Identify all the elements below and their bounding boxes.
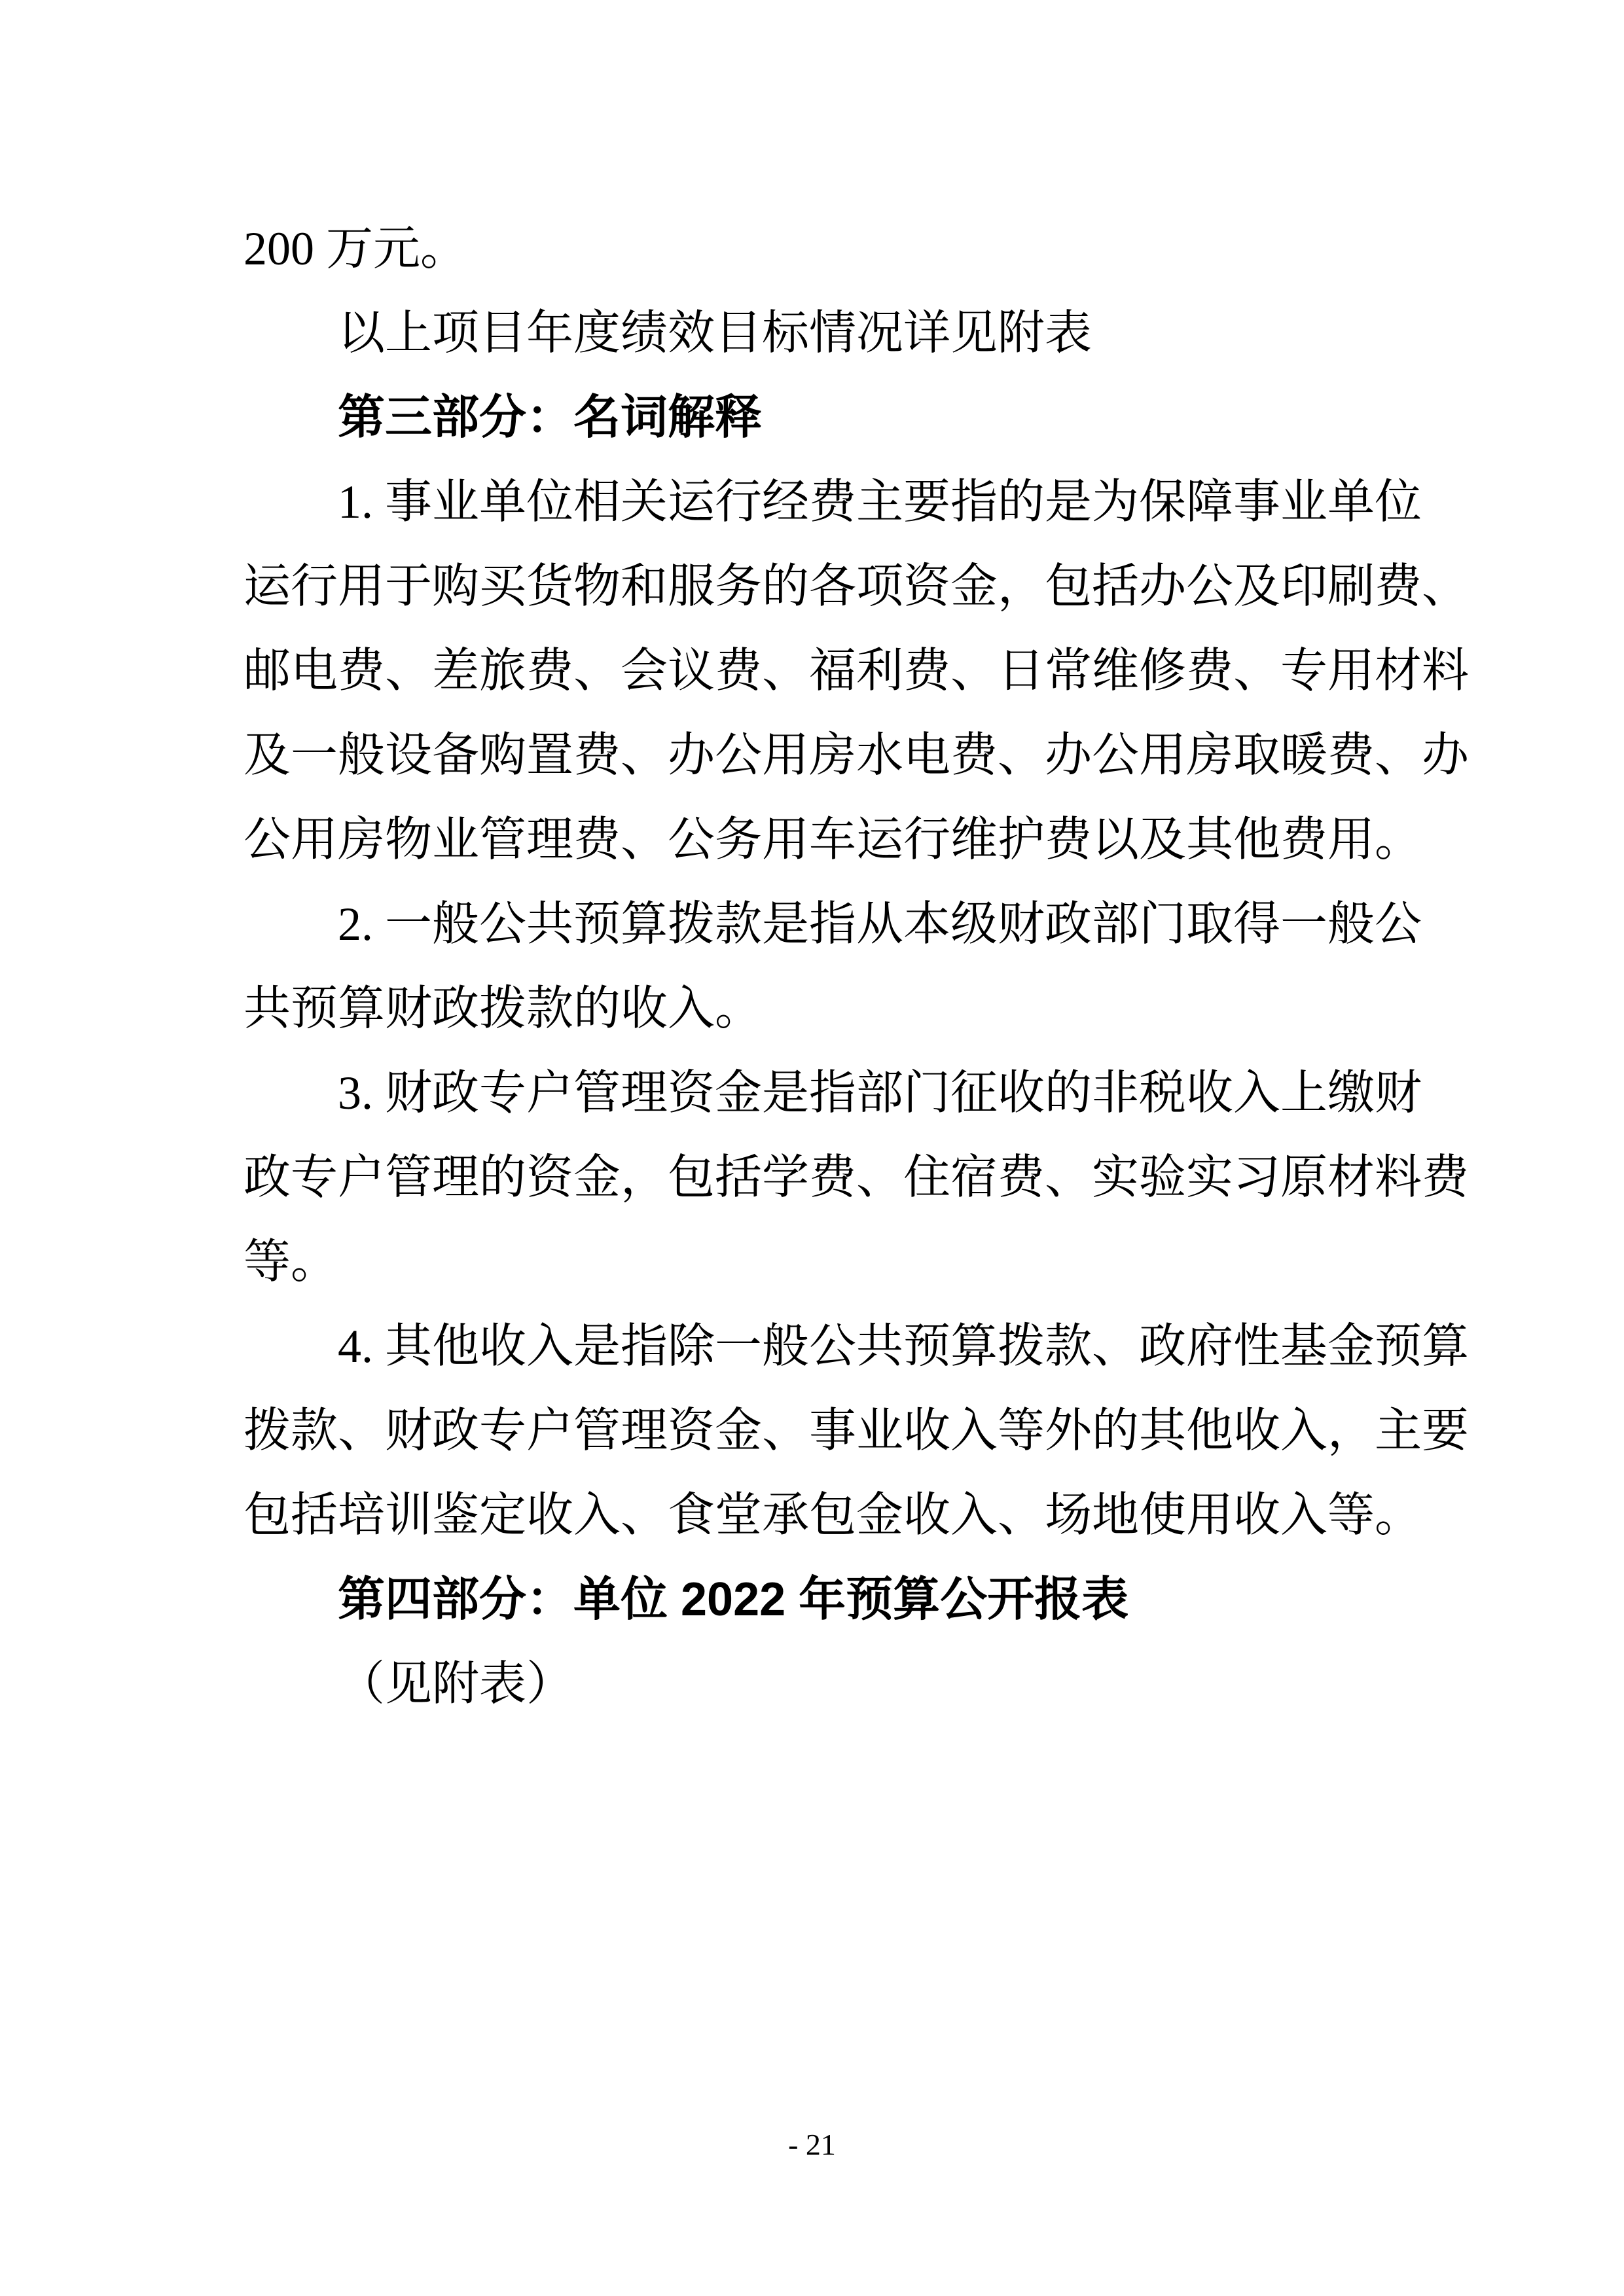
document-body: 200 万元。 以上项目年度绩效目标情况详见附表 第三部分：名词解释 1. 事业…	[244, 207, 1402, 1727]
doc-line: 运行用于购买货物和服务的各项资金，包括办公及印刷费、	[244, 545, 1402, 629]
doc-line: 1. 事业单位相关运行经费主要指的是为保障事业单位	[244, 460, 1402, 545]
section-heading-part3: 第三部分：名词解释	[244, 376, 1402, 460]
section-heading-part4: 第四部分：单位 2022 年预算公开报表	[244, 1558, 1402, 1642]
doc-line: 3. 财政专户管理资金是指部门征收的非税收入上缴财	[244, 1051, 1402, 1136]
doc-line: 包括培训鉴定收入、食堂承包金收入、场地使用收入等。	[244, 1473, 1402, 1558]
document-page: 200 万元。 以上项目年度绩效目标情况详见附表 第三部分：名词解释 1. 事业…	[0, 0, 1624, 2296]
doc-line: 政专户管理的资金，包括学费、住宿费、实验实习原材料费	[244, 1136, 1402, 1220]
doc-line: 公用房物业管理费、公务用车运行维护费以及其他费用。	[244, 798, 1402, 882]
doc-line: 2. 一般公共预算拨款是指从本级财政部门取得一般公	[244, 882, 1402, 967]
doc-line: 4. 其他收入是指除一般公共预算拨款、政府性基金预算	[244, 1304, 1402, 1389]
doc-line: 拨款、财政专户管理资金、事业收入等外的其他收入，主要	[244, 1389, 1402, 1473]
doc-line: （见附表）	[244, 1642, 1402, 1727]
doc-line: 及一般设备购置费、办公用房水电费、办公用房取暖费、办	[244, 713, 1402, 798]
page-number: - 21	[0, 2128, 1624, 2161]
doc-line: 邮电费、差旅费、会议费、福利费、日常维修费、专用材料	[244, 629, 1402, 713]
doc-line: 200 万元。	[244, 207, 1402, 291]
doc-line: 等。	[244, 1220, 1402, 1304]
doc-line: 以上项目年度绩效目标情况详见附表	[244, 291, 1402, 376]
doc-line: 共预算财政拨款的收入。	[244, 967, 1402, 1051]
